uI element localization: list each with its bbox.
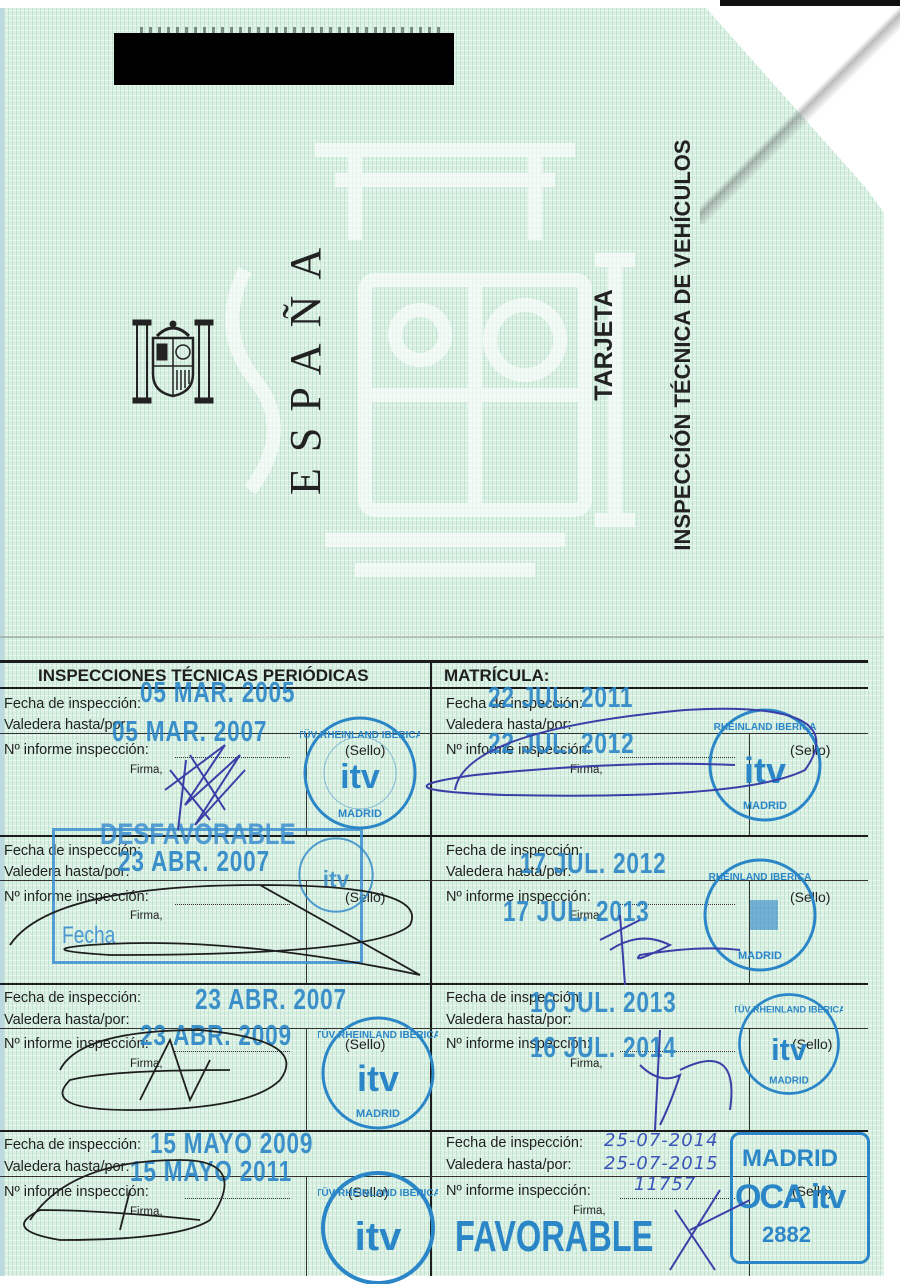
valedera-stamp: 23 ABR. 2009 — [140, 1020, 292, 1053]
informe-label: Nº informe inspección: — [446, 1183, 591, 1199]
firma-label: Firma, — [130, 1058, 163, 1070]
valedera-label: Valedera hasta/por: — [4, 717, 129, 733]
svg-text:itv: itv — [357, 1058, 399, 1099]
itv-round-stamp-icon: RHEINLAND IBERICA MADRID — [700, 855, 820, 975]
svg-text:TÜV RHEINLAND IBERICA: TÜV RHEINLAND IBERICA — [318, 1028, 438, 1041]
fecha-label: Fecha de inspección: — [4, 1137, 141, 1153]
fecha-stamp: 16 JUL. 2013 — [530, 987, 676, 1020]
informe-field — [175, 756, 290, 758]
svg-text:MADRID: MADRID — [338, 808, 382, 820]
svg-text:TÜV RHEINLAND IBERICA: TÜV RHEINLAND IBERICA — [318, 1186, 438, 1199]
row-divider-2 — [0, 983, 868, 985]
card-edge — [0, 8, 4, 1276]
itv-round-stamp-icon: TÜV RHEINLAND IBERICA itv MADRID — [300, 713, 420, 833]
informe-handwritten: 11757 — [634, 1174, 696, 1195]
stamp-city: MADRID — [742, 1145, 838, 1173]
informe-field — [620, 1197, 735, 1199]
coat-of-arms-icon — [127, 318, 219, 406]
header-divider — [0, 687, 868, 689]
redaction-bar — [114, 33, 454, 85]
sello-divider — [306, 1028, 307, 1130]
svg-text:TÜV RHEINLAND IBERICA: TÜV RHEINLAND IBERICA — [735, 1005, 843, 1015]
sello-divider — [306, 1176, 307, 1276]
fold-crease — [0, 636, 884, 638]
itv-round-stamp-icon: TÜV RHEINLAND IBERICA itv MADRID — [735, 990, 843, 1098]
valedera-stamp: 17 JUL. 2013 — [503, 896, 649, 929]
oca-itv-logo: OCA itv — [735, 1178, 844, 1217]
result-sub-stamp: Fecha — [62, 922, 115, 950]
svg-text:itv: itv — [355, 1215, 402, 1259]
informe-field — [185, 1197, 290, 1199]
svg-text:MADRID: MADRID — [738, 950, 782, 962]
svg-text:RHEINLAND IBERICA: RHEINLAND IBERICA — [714, 722, 817, 733]
firma-label: Firma, — [130, 764, 163, 776]
fecha-label: Fecha de inspección: — [446, 1135, 583, 1151]
svg-text:itv: itv — [340, 758, 380, 796]
stamp-number: 2882 — [762, 1222, 811, 1248]
fecha-label: Fecha de inspección: — [4, 696, 141, 712]
itv-round-stamp-icon: RHEINLAND IBERICA itv MADRID — [705, 705, 825, 825]
valedera-handwritten: 25-07-2015 — [604, 1153, 719, 1174]
country-name: ESPAÑA — [280, 235, 330, 495]
svg-text:MADRID: MADRID — [769, 1076, 809, 1087]
svg-text:itv: itv — [323, 866, 350, 892]
valedera-stamp: 16 JUL. 2014 — [530, 1032, 676, 1065]
valedera-stamp: 05 MAR. 2007 — [112, 716, 267, 749]
fecha-handwritten: 25-07-2014 — [604, 1130, 719, 1151]
svg-text:itv: itv — [771, 1033, 807, 1067]
itv-round-stamp-icon: TÜV RHEINLAND IBERICA itv MADRID — [318, 1013, 438, 1133]
result-stamp: FAVORABLE — [455, 1212, 653, 1262]
valedera-label: Valedera hasta/por: — [4, 1159, 129, 1175]
table-top-border — [0, 660, 868, 663]
fecha-stamp: 05 MAR. 2005 — [140, 677, 295, 710]
informe-label: Nº informe inspección: — [4, 1184, 149, 1200]
fecha-stamp: 23 ABR. 2007 — [118, 846, 270, 879]
firma-label: Firma, — [570, 764, 603, 776]
valedera-label: Valedera hasta/por: — [4, 1012, 129, 1028]
fecha-stamp: 22 JUL. 2011 — [488, 682, 633, 715]
itv-round-stamp-icon: TÜV RHEINLAND IBERICA itv — [318, 1168, 438, 1284]
card-title: TARJETA — [590, 245, 620, 445]
svg-text:TÜV RHEINLAND IBERICA: TÜV RHEINLAND IBERICA — [300, 728, 420, 741]
svg-text:RHEINLAND IBERICA: RHEINLAND IBERICA — [709, 872, 812, 883]
valedera-stamp: 22 JUL. 2012 — [488, 728, 634, 761]
valedera-stamp: 15 MAYO 2011 — [130, 1156, 292, 1189]
svg-text:MADRID: MADRID — [743, 800, 787, 812]
svg-text:MADRID: MADRID — [356, 1108, 400, 1120]
card-subtitle: INSPECCIÓN TÉCNICA DE VEHÍCULOS — [670, 130, 700, 560]
scan-border — [720, 0, 900, 6]
fecha-stamp: 17 JUL. 2012 — [520, 848, 666, 881]
firma-label: Firma, — [130, 1206, 163, 1218]
svg-text:itv: itv — [744, 750, 786, 791]
informe-label: Nº informe inspección: — [4, 1036, 149, 1052]
itv-round-stamp-icon: itv — [296, 835, 376, 915]
watermark-emblem-icon — [205, 130, 655, 600]
valedera-label: Valedera hasta/por: — [446, 1157, 571, 1173]
fecha-label: Fecha de inspección: — [4, 990, 141, 1006]
